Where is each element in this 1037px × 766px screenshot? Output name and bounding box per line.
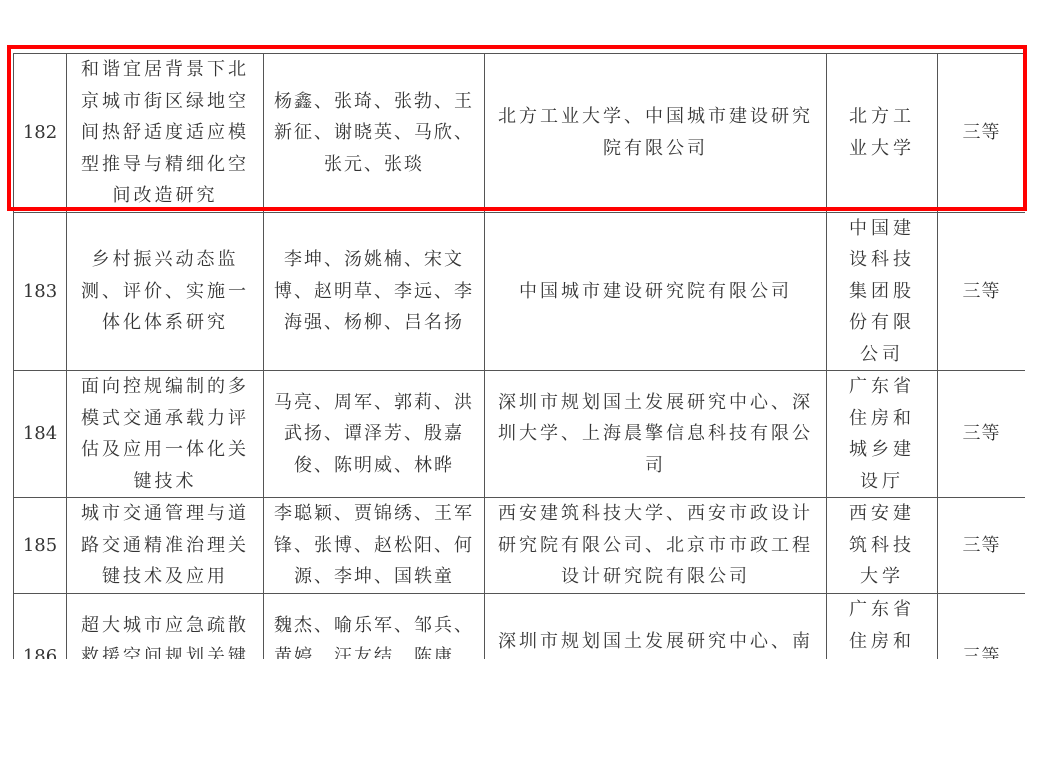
row-number: 186 bbox=[14, 594, 67, 660]
row-number: 182 bbox=[14, 54, 67, 213]
row-number: 185 bbox=[14, 498, 67, 594]
awards-table: 182 和谐宜居背景下北京城市街区绿地空间热舒适度适应模型推导与精细化空间改造研… bbox=[13, 53, 1025, 659]
recommending-unit: 广东省住房和城乡建设厅 bbox=[827, 594, 938, 660]
participating-organizations: 中国城市建设研究院有限公司 bbox=[485, 212, 827, 371]
awards-table-container: 182 和谐宜居背景下北京城市街区绿地空间热舒适度适应模型推导与精细化空间改造研… bbox=[13, 53, 1025, 659]
project-title: 城市交通管理与道路交通精准治理关键技术及应用 bbox=[67, 498, 264, 594]
participating-organizations: 深圳市规划国土发展研究中心、深圳大学、上海晨擎信息科技有限公司 bbox=[485, 371, 827, 498]
award-grade: 三等 bbox=[938, 498, 1026, 594]
project-members: 魏杰、喻乐军、邹兵、黄婷、汪友结、陈康、鲁钰雯、刘琦 bbox=[264, 594, 485, 660]
award-grade: 三等 bbox=[938, 371, 1026, 498]
row-number: 183 bbox=[14, 212, 67, 371]
project-title: 超大城市应急疏散救援空间规划关键技术研究与应用 bbox=[67, 594, 264, 660]
award-grade: 三等 bbox=[938, 594, 1026, 660]
table-row-185: 185 城市交通管理与道路交通精准治理关键技术及应用 李聪颖、贾锦绣、王军锋、张… bbox=[14, 498, 1026, 594]
participating-organizations: 西安建筑科技大学、西安市政设计研究院有限公司、北京市市政工程设计研究院有限公司 bbox=[485, 498, 827, 594]
participating-organizations: 北方工业大学、中国城市建设研究院有限公司 bbox=[485, 54, 827, 213]
row-number: 184 bbox=[14, 371, 67, 498]
project-title: 面向控规编制的多模式交通承载力评估及应用一体化关键技术 bbox=[67, 371, 264, 498]
table-row-184: 184 面向控规编制的多模式交通承载力评估及应用一体化关键技术 马亮、周军、郭莉… bbox=[14, 371, 1026, 498]
participating-organizations: 深圳市规划国土发展研究中心、南京大学 bbox=[485, 594, 827, 660]
table-row-182: 182 和谐宜居背景下北京城市街区绿地空间热舒适度适应模型推导与精细化空间改造研… bbox=[14, 54, 1026, 213]
recommending-unit: 广东省住房和城乡建设厅 bbox=[827, 371, 938, 498]
recommending-unit: 中国建设科技集团股份有限公司 bbox=[827, 212, 938, 371]
project-members: 李聪颖、贾锦绣、王军锋、张博、赵松阳、何源、李坤、国轶童 bbox=[264, 498, 485, 594]
table-row-186: 186 超大城市应急疏散救援空间规划关键技术研究与应用 魏杰、喻乐军、邹兵、黄婷… bbox=[14, 594, 1026, 660]
table-row-183: 183 乡村振兴动态监测、评价、实施一体化体系研究 李坤、汤姚楠、宋文博、赵明草… bbox=[14, 212, 1026, 371]
project-members: 李坤、汤姚楠、宋文博、赵明草、李远、李海强、杨柳、吕名扬 bbox=[264, 212, 485, 371]
recommending-unit: 北方工业大学 bbox=[827, 54, 938, 213]
project-members: 马亮、周军、郭莉、洪武扬、谭泽芳、殷嘉俊、陈明威、林晔 bbox=[264, 371, 485, 498]
project-members: 杨鑫、张琦、张勃、王新征、谢晓英、马欣、张元、张琰 bbox=[264, 54, 485, 213]
recommending-unit: 西安建筑科技大学 bbox=[827, 498, 938, 594]
project-title: 和谐宜居背景下北京城市街区绿地空间热舒适度适应模型推导与精细化空间改造研究 bbox=[67, 54, 264, 213]
award-grade: 三等 bbox=[938, 212, 1026, 371]
project-title: 乡村振兴动态监测、评价、实施一体化体系研究 bbox=[67, 212, 264, 371]
award-grade: 三等 bbox=[938, 54, 1026, 213]
